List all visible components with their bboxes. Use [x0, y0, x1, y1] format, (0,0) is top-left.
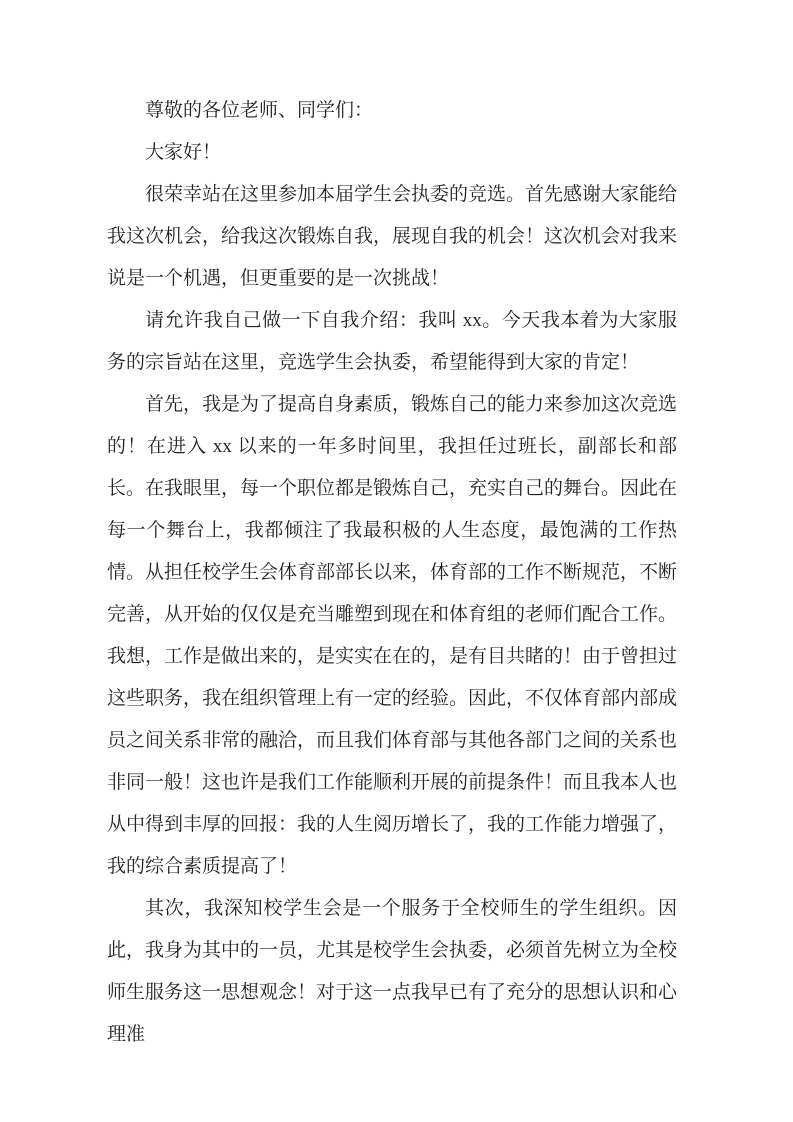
paragraph-salutation: 尊敬的各位老师、同学们： — [107, 90, 677, 132]
document-body: 尊敬的各位老师、同学们： 大家好！ 很荣幸站在这里参加本届学生会执委的竞选。首先… — [107, 90, 677, 1056]
paragraph-service-mindset: 其次，我深知校学生会是一个服务于全校师生的学生组织。因此，我身为其中的一员，尤其… — [107, 888, 677, 1056]
document-page: 尊敬的各位老师、同学们： 大家好！ 很荣幸站在这里参加本届学生会执委的竞选。首先… — [0, 0, 793, 1122]
paragraph-opening: 很荣幸站在这里参加本届学生会执委的竞选。首先感谢大家能给我这次机会，给我这次锻炼… — [107, 174, 677, 300]
paragraph-self-introduction: 请允许我自己做一下自我介绍：我叫 xx。今天我本着为大家服务的宗旨站在这里，竞选… — [107, 300, 677, 384]
paragraph-greeting: 大家好！ — [107, 132, 677, 174]
paragraph-experience: 首先，我是为了提高自身素质，锻炼自己的能力来参加这次竞选的！在进入 xx 以来的… — [107, 384, 677, 888]
